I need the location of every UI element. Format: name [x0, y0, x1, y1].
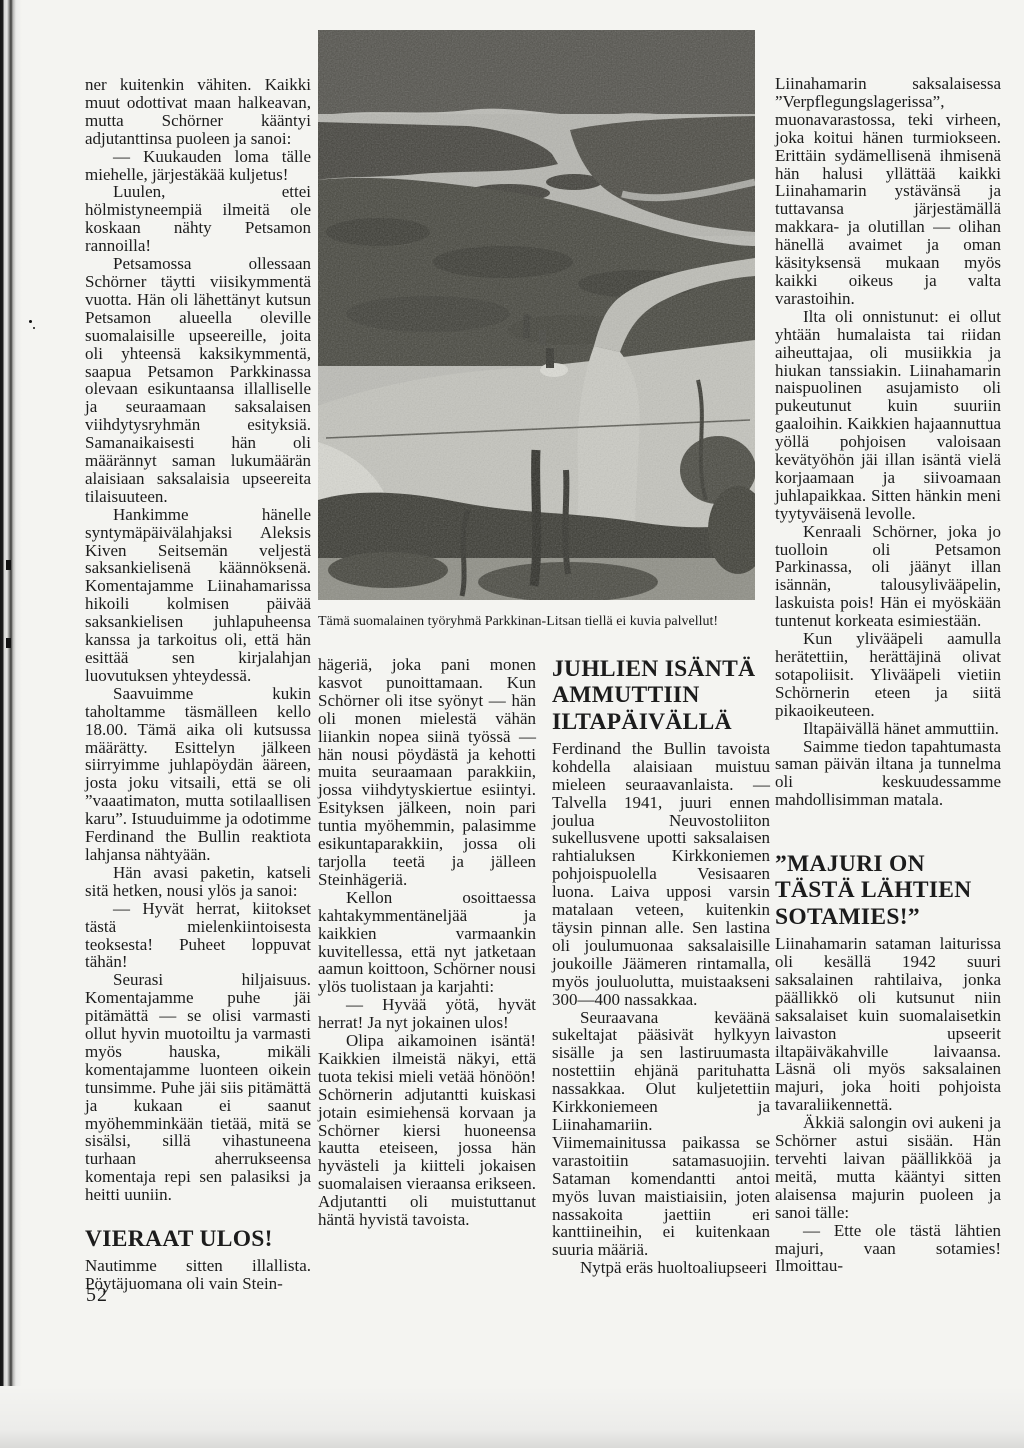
text-column-right: Liinahamarin saksalaisessa ”Verpflegungs…	[775, 75, 1001, 1275]
section-heading: JUHLIEN ISÄNTÄ AMMUTTIIN ILTAPÄIVÄLLÄ	[552, 656, 770, 735]
landscape-photo-graphic	[318, 30, 755, 600]
spine-ink-mark	[6, 560, 11, 570]
photo-caption: Tämä suomalainen työryhmä Parkkinan-Lits…	[318, 613, 755, 630]
paragraph: Iltapäivällä hänet ammuttiin.	[775, 720, 1001, 738]
paragraph: Kellon osoittaessa kahtakymmentäneljää j…	[318, 889, 536, 996]
paragraph: Saimme tiedon tapahtumasta saman päivän …	[775, 738, 1001, 810]
text-column-3: JUHLIEN ISÄNTÄ AMMUTTIIN ILTAPÄIVÄLLÄFer…	[552, 656, 770, 1277]
paragraph: Seurasi hiljaisuus. Komentajamme puhe jä…	[85, 971, 311, 1204]
paragraph: — Ette ole tästä lähtien majuri, vaan so…	[775, 1222, 1001, 1276]
paragraph: ner kuitenkin vähiten. Kaikki muut odott…	[85, 76, 311, 148]
section-heading: VIERAAT ULOS!	[85, 1226, 311, 1252]
paragraph: — Hyvää yötä, hyvät herrat! Ja nyt jokai…	[318, 996, 536, 1032]
text-column-left: ner kuitenkin vähiten. Kaikki muut odott…	[85, 76, 311, 1293]
paragraph: Liinahamarin sataman laiturissa oli kesä…	[775, 935, 1001, 1114]
text-column-2: hägeriä, joka pani monen kasvot punoitta…	[318, 656, 536, 1277]
paragraph: Ferdinand the Bullin tavoista kohdella a…	[552, 740, 770, 1009]
page-number: 52	[86, 1284, 108, 1307]
paragraph: Seuraavana keväänä sukeltajat pääsivät h…	[552, 1009, 770, 1260]
ink-speck	[29, 320, 32, 323]
paragraph: Ilta oli onnistunut: ei ollut yhtään hum…	[775, 308, 1001, 523]
paragraph: Nytpä eräs huoltoaliupseeri	[552, 1259, 770, 1277]
paragraph: Hankimme hänelle syntymäpäivälahjaksi Al…	[85, 506, 311, 685]
paragraph: Äkkiä salongin ovi aukeni ja Schörner as…	[775, 1114, 1001, 1221]
paragraph: hägeriä, joka pani monen kasvot punoitta…	[318, 656, 536, 889]
landscape-photo	[318, 30, 755, 600]
spine-ink-mark	[6, 638, 11, 648]
columns-under-photo: hägeriä, joka pani monen kasvot punoitta…	[318, 656, 770, 1277]
paragraph: Liinahamarin saksalaisessa ”Verpflegungs…	[775, 75, 1001, 308]
paragraph: Luulen, ettei hölmistyneempiä ilmeitä ol…	[85, 183, 311, 255]
middle-section: Tämä suomalainen työryhmä Parkkinan-Lits…	[318, 30, 770, 1277]
paragraph: Petsamossa ollessaan Schörner täytti vii…	[85, 255, 311, 506]
section-heading: ”MAJURI ON TÄSTÄ LÄHTIEN SOTAMIES!”	[775, 851, 1001, 930]
paragraph: Olipa aikamoinen isäntä! Kaikkien ilmeis…	[318, 1032, 536, 1229]
paragraph: Kenraali Schörner, joka jo tuolloin oli …	[775, 523, 1001, 630]
spine-shadow	[0, 0, 22, 1392]
scanned-book-page: ner kuitenkin vähiten. Kaikki muut odott…	[0, 0, 1024, 1448]
ink-speck	[33, 327, 35, 329]
paragraph: — Hyvät herrat, kiitokset tästä mielenki…	[85, 900, 311, 972]
page-bottom-shadow	[0, 1386, 1024, 1448]
paragraph: Hän avasi paketin, katseli sitä hetken, …	[85, 864, 311, 900]
paragraph: Kun ylivääpeli aamulla herätettiin, herä…	[775, 630, 1001, 720]
paragraph: Nautimme sitten illallista. Pöytäjuomana…	[85, 1257, 311, 1293]
paragraph: — Kuukauden loma tälle miehelle, järjest…	[85, 148, 311, 184]
paragraph: Saavuimme kukin taholtamme täsmälleen ke…	[85, 685, 311, 864]
